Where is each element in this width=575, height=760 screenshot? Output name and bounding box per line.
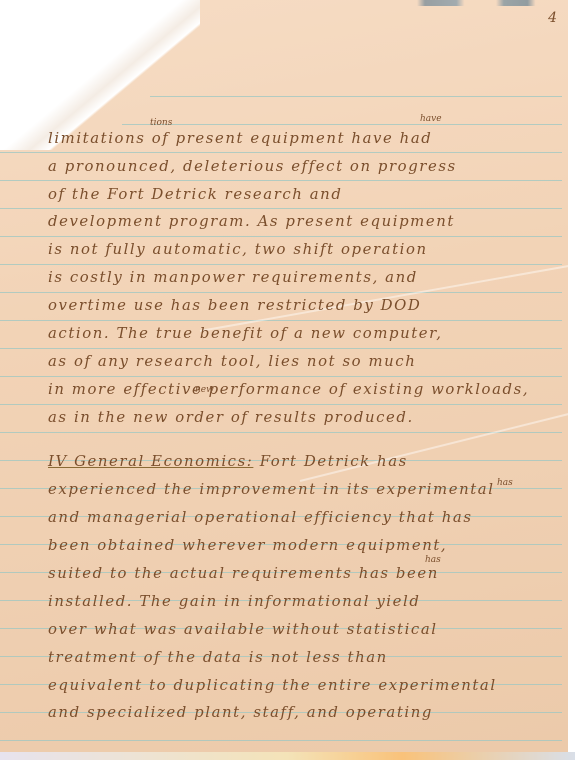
ruled-line	[122, 124, 562, 125]
text-line: development program. As present equipmen…	[48, 209, 553, 233]
text-line: in more effective performance of existin…	[48, 377, 553, 401]
ruled-line	[0, 180, 562, 181]
text-line: overtime use has been restricted by DOD	[48, 293, 553, 317]
text-line: experienced the improvement in its exper…	[48, 477, 553, 501]
ruled-line	[0, 152, 562, 153]
text-line: is not fully automatic, two shift operat…	[48, 237, 553, 261]
section-heading-line: IV General Economics: Fort Detrick has	[48, 449, 553, 473]
scan-edge-strip	[180, 0, 575, 6]
text-line: a pronounced, deleterious effect on prog…	[48, 154, 553, 178]
scan-bottom-edge	[0, 752, 575, 760]
text-line: installed. The gain in informational yie…	[48, 589, 553, 613]
text-line: limitations of present equipment have ha…	[48, 126, 553, 150]
text-line: is costly in manpower requirements, and	[48, 265, 553, 289]
text-line: equivalent to duplicating the entire exp…	[48, 673, 553, 697]
page-number: 4	[548, 10, 557, 26]
ruled-line	[0, 740, 562, 741]
text-line: suited to the actual requirements has be…	[48, 561, 553, 585]
ruled-line	[0, 432, 562, 433]
text-line: over what was available without statisti…	[48, 617, 553, 641]
section-heading: IV General Economics:	[48, 452, 253, 470]
text-line: treatment of the data is not less than	[48, 645, 553, 669]
text-line: and specialized plant, staff, and operat…	[48, 700, 553, 724]
text-line: as of any research tool, lies not so muc…	[48, 349, 553, 373]
ruled-line	[150, 96, 562, 97]
text-line: as in the new order of results produced.	[48, 405, 553, 429]
text-line: action. The true benefit of a new comput…	[48, 321, 553, 345]
scan-margin	[568, 0, 575, 760]
text-line: and managerial operational efficiency th…	[48, 505, 553, 529]
insertion-have: have	[420, 114, 442, 124]
text-line: of the Fort Detrick research and	[48, 182, 553, 206]
text-line: been obtained wherever modern equipment,	[48, 533, 553, 557]
text-fragment: Fort Detrick has	[260, 452, 408, 470]
